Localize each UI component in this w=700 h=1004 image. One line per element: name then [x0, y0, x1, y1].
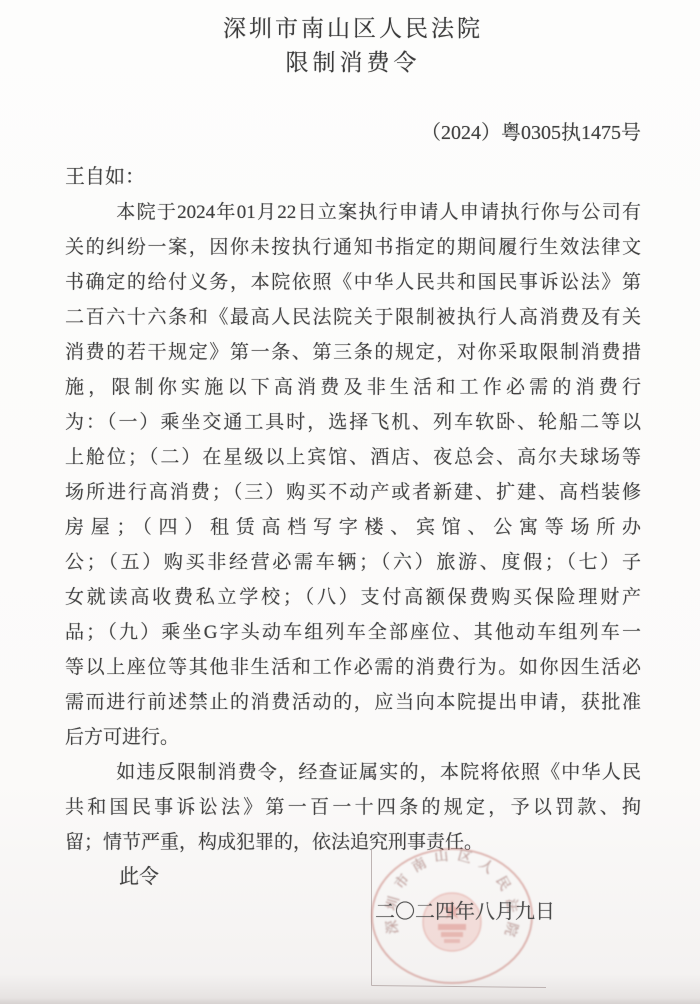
- text-line: 后方可进行。: [65, 720, 641, 755]
- closing-phrase: 此令: [65, 860, 641, 895]
- text-line: 场所进行高消费；（三）购买不动产或者新建、扩建、高档装修: [65, 475, 641, 510]
- text-line: 留；情节严重，构成犯罪的，依法追究刑事责任。: [65, 825, 641, 860]
- text-line: 如违反限制消费令，经查证属实的，本院将依照《中华人民: [65, 755, 641, 790]
- addressee-name: 王自如：: [65, 160, 641, 195]
- penalty-paragraph: 如违反限制消费令，经查证属实的，本院将依照《中华人民共和国民事诉讼法》第一百一十…: [65, 755, 641, 860]
- court-order-document: 深圳市南山区人民法院 限制消费令 （2024）粤0305执1475号 王自如： …: [0, 0, 700, 1004]
- case-number: （2024）粤0305执1475号: [65, 118, 641, 148]
- scan-edge-shadow: [0, 998, 700, 1004]
- text-line: 女就读高收费私立学校；（八）支付高额保费购买保险理财产: [65, 580, 641, 615]
- text-line: 施，限制你实施以下高消费及非生活和工作必需的消费行: [65, 370, 641, 405]
- text-line: 二百六十六条和《最高人民法院关于限制被执行人高消费及有关: [65, 300, 641, 335]
- text-line: 为：（一）乘坐交通工具时，选择飞机、列车软卧、轮船二等以: [65, 405, 641, 440]
- text-line: 需而进行前述禁止的消费活动的，应当向本院提出申请，获批准: [65, 685, 641, 720]
- text-line: 共和国民事诉讼法》第一百一十四条的规定，予以罚款、拘: [65, 790, 641, 825]
- text-line: 消费的若干规定》第一条、第三条的规定，对你采取限制消费措: [65, 335, 641, 370]
- court-name: 深圳市南山区人民法院: [65, 14, 641, 44]
- document-title: 限制消费令: [65, 48, 641, 78]
- text-line: 品；（九）乘坐G字头动车组列车全部座位、其他动车组列车一: [65, 615, 641, 650]
- text-line: 本院于2024年01月22日立案执行申请人申请执行你与公司有: [65, 195, 641, 230]
- text-line: 上舱位；（二）在星级以上宾馆、酒店、夜总会、高尔夫球场等: [65, 440, 641, 475]
- text-line: 房屋；（四）租赁高档写字楼、宾馆、公寓等场所办: [65, 510, 641, 545]
- text-line: 等以上座位等其他非生活和工作必需的消费行为。如你因生活必: [65, 650, 641, 685]
- text-line: 关的纠纷一案，因你未按执行通知书指定的期间履行生效法律文: [65, 230, 641, 265]
- text-line: 书确定的给付义务，本院依照《中华人民共和国民事诉讼法》第: [65, 265, 641, 300]
- restriction-paragraph: 本院于2024年01月22日立案执行申请人申请执行你与公司有关的纠纷一案，因你未…: [65, 195, 641, 755]
- text-line: 公；（五）购买非经营必需车辆；（六）旅游、度假；（七）子: [65, 545, 641, 580]
- issue-date: 二〇二四年八月九日: [65, 895, 641, 930]
